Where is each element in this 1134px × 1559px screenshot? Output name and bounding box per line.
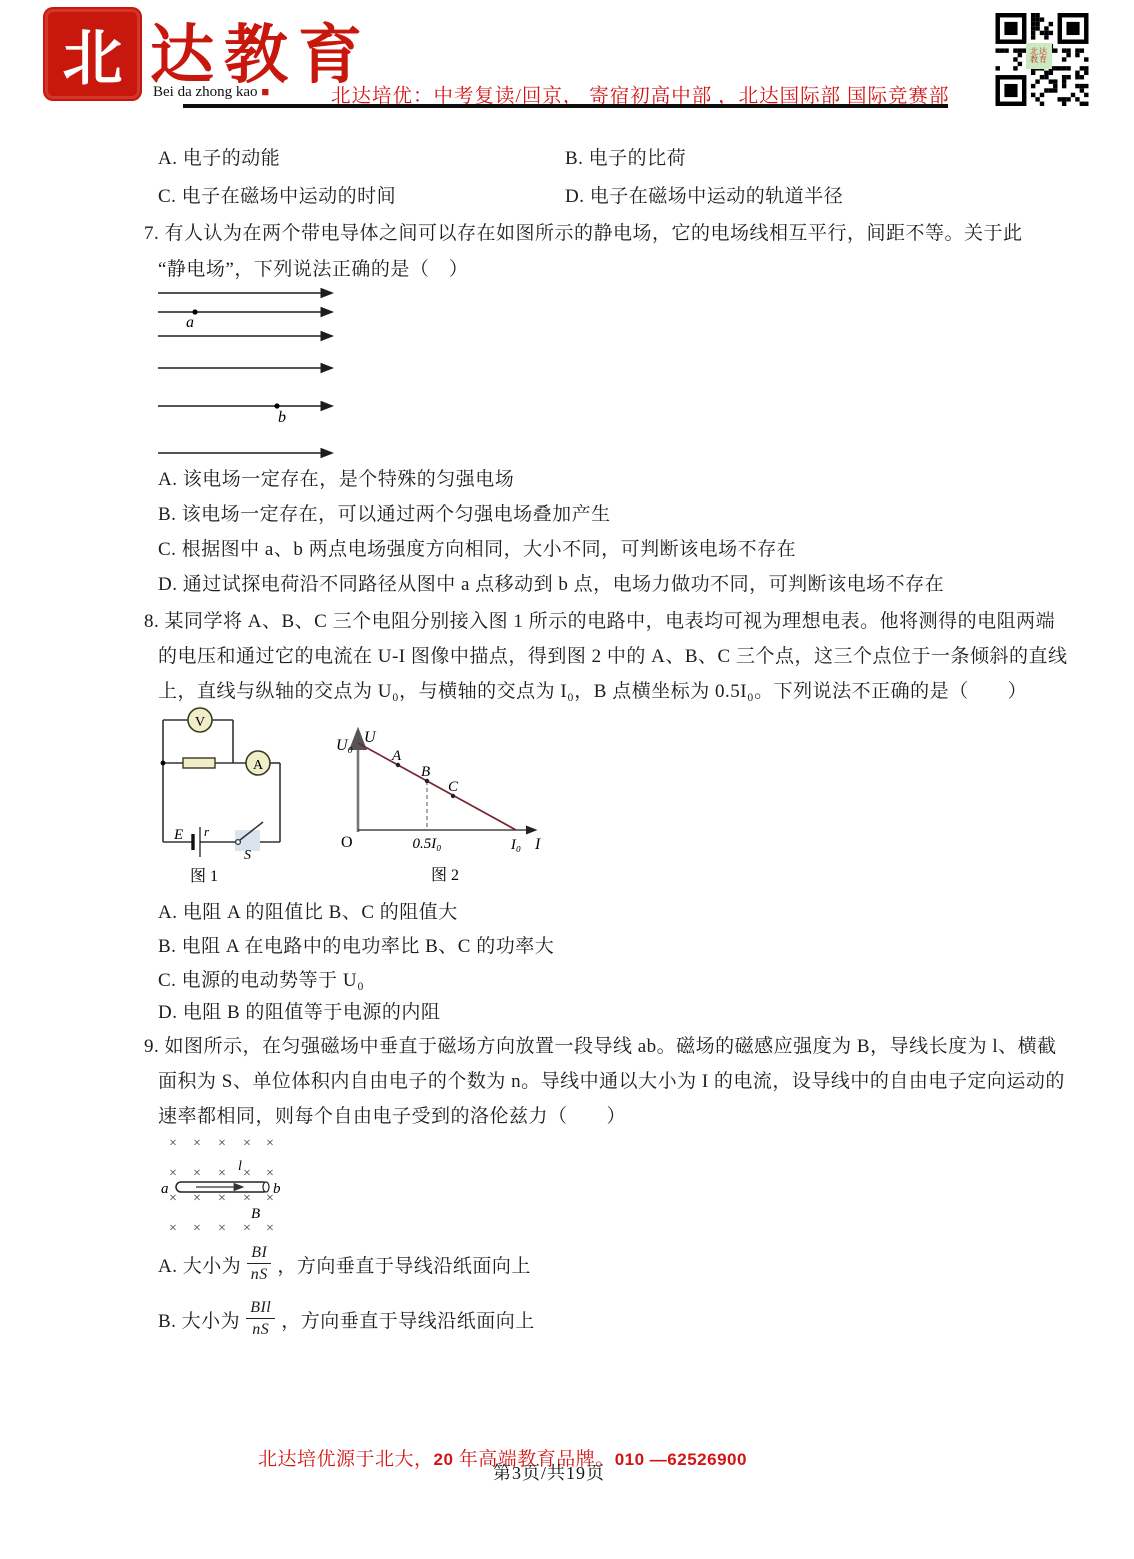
q7-stem-line2: “静电场”，下列说法正确的是（ ） [158, 259, 468, 280]
svg-text:×: × [193, 1221, 201, 1236]
brand-subtitle: Bei da zhong kao ■ [153, 84, 269, 101]
q8-option-c: C. 电源的电动势等于 U₀ [158, 970, 364, 991]
origin-label: O [341, 834, 353, 851]
point-b-dot [274, 403, 279, 408]
q9-option-b: B. 大小为 BIl nS ，方向垂直于导线沿纸面向上 [158, 1295, 535, 1343]
fraction-a: BI nS [247, 1244, 271, 1285]
figure1-caption: 图 1 [190, 867, 218, 885]
q6-option-c: C. 电子在磁场中运动的时间 [158, 186, 396, 207]
ammeter-label: A [253, 758, 264, 773]
point-b-label: b [278, 409, 286, 426]
q6-option-b: B. 电子的比荷 [565, 148, 686, 169]
switch-pivot [236, 840, 241, 845]
brand-seal-logo: 北 [45, 9, 140, 99]
x-axis-label: I [534, 836, 541, 853]
svg-text:×: × [243, 1191, 251, 1206]
resistor-icon [183, 758, 215, 768]
svg-text:×: × [193, 1136, 201, 1151]
svg-text:×: × [169, 1191, 177, 1206]
svg-text:×: × [169, 1136, 177, 1151]
wire-end-face [263, 1182, 269, 1192]
half-tick-label: 0.5I₀ [413, 836, 442, 852]
q7-stem-line1: 7. 有人认为在两个带电导体之间可以存在如图所示的静电场，它的电场线相互平行，间… [144, 223, 1023, 244]
svg-text:×: × [218, 1191, 226, 1206]
page-number: 第3页/共19页 [493, 1459, 605, 1485]
current-label: l [238, 1159, 242, 1174]
q9-option-a: A. 大小为 BI nS ，方向垂直于导线沿纸面向上 [158, 1240, 531, 1288]
emf-label: E [173, 827, 183, 843]
q9-magnetic-field-figure: ×××××××××××××××××××× a b l B [150, 1128, 290, 1240]
field-b-label: B [251, 1206, 260, 1222]
q7-option-d: D. 通过试探电荷沿不同路径从图中 a 点移动到 b 点，电场力做功不同，可判断… [158, 574, 944, 595]
q8-stem-line1: 8. 某同学将 A、B、C 三个电阻分别接入图 1 所示的电路中，电表均可视为理… [144, 611, 1055, 632]
fraction-b: BIl nS [246, 1299, 275, 1340]
svg-text:×: × [266, 1166, 274, 1181]
q8-circuit-figure: V A E r S 图 1 [152, 703, 327, 888]
y-intercept-label: U₀ [336, 737, 353, 754]
graph-point-b: B [421, 764, 430, 780]
q8-option-a: A. 电阻 A 的阻值比 B、C 的阻值大 [158, 902, 458, 923]
q8-ui-graph-figure: A B C U U₀ O 0.5I₀ I₀ I 图 2 [335, 700, 565, 890]
q7-option-c: C. 根据图中 a、b 两点电场强度方向相同，大小不同，可判断该电场不存在 [158, 539, 796, 560]
svg-text:×: × [243, 1136, 251, 1151]
wire-b-label: b [273, 1181, 281, 1197]
q8-option-d: D. 电阻 B 的阻值等于电源的内阻 [158, 1002, 440, 1023]
graph-point-c: C [448, 779, 459, 795]
svg-text:×: × [266, 1136, 274, 1151]
q9-stem-line3: 速率都相同，则每个自由电子受到的洛伦兹力（ ） [158, 1106, 626, 1127]
qr-center-badge: 北达 教育 [1026, 43, 1052, 69]
q6-option-a: A. 电子的动能 [158, 148, 280, 169]
voltmeter-label: V [195, 715, 205, 730]
x-intercept-label: I₀ [510, 837, 521, 853]
q9-stem-line2: 面积为 S、单位体积内自由电子的个数为 n。导线中通以大小为 I 的电流，设导线… [158, 1071, 1065, 1092]
header-divider [183, 104, 948, 108]
point-a-label: a [186, 314, 194, 331]
ui-line [358, 743, 516, 830]
wire-a-label: a [161, 1181, 169, 1197]
svg-text:×: × [193, 1166, 201, 1181]
y-axis-label: U [364, 729, 377, 746]
svg-text:×: × [266, 1221, 274, 1236]
svg-text:×: × [169, 1166, 177, 1181]
q9-stem-line1: 9. 如图所示，在匀强磁场中垂直于磁场方向放置一段导线 ab。磁场的磁感应强度为… [144, 1036, 1057, 1057]
svg-text:×: × [218, 1166, 226, 1181]
q6-option-d: D. 电子在磁场中运动的轨道半径 [565, 186, 843, 207]
figure2-caption: 图 2 [431, 866, 459, 884]
graph-point-a: A [391, 748, 402, 764]
svg-text:×: × [169, 1221, 177, 1236]
seal-character: 北 [63, 11, 123, 97]
svg-text:×: × [243, 1166, 251, 1181]
q8-option-b: B. 电阻 A 在电路中的电功率比 B、C 的功率大 [158, 936, 554, 957]
red-square-marker: ■ [261, 84, 269, 99]
q7-option-a: A. 该电场一定存在，是个特殊的匀强电场 [158, 469, 514, 490]
switch-label: S [244, 848, 251, 863]
q8-stem-line2: 的电压和通过它的电流在 U-I 图像中描点，得到图 2 中的 A、B、C 三个点… [158, 646, 1067, 667]
q7-field-lines-figure: a b [155, 283, 350, 463]
q7-option-b: B. 该电场一定存在，可以通过两个匀强电场叠加产生 [158, 504, 611, 525]
footer-phone: 010 —62526900 [615, 1450, 747, 1469]
svg-text:×: × [243, 1221, 251, 1236]
svg-text:×: × [193, 1191, 201, 1206]
svg-text:×: × [218, 1136, 226, 1151]
internal-r-label: r [204, 824, 210, 839]
svg-text:×: × [218, 1221, 226, 1236]
exam-page: 北 达教育 Bei da zhong kao ■ 北达培优：中考复读/回京， 寄… [0, 0, 1134, 1559]
q8-stem-line3: 上，直线与纵轴的交点为 U₀，与横轴的交点为 I₀，B 点横坐标为 0.5I₀。… [158, 681, 1027, 702]
